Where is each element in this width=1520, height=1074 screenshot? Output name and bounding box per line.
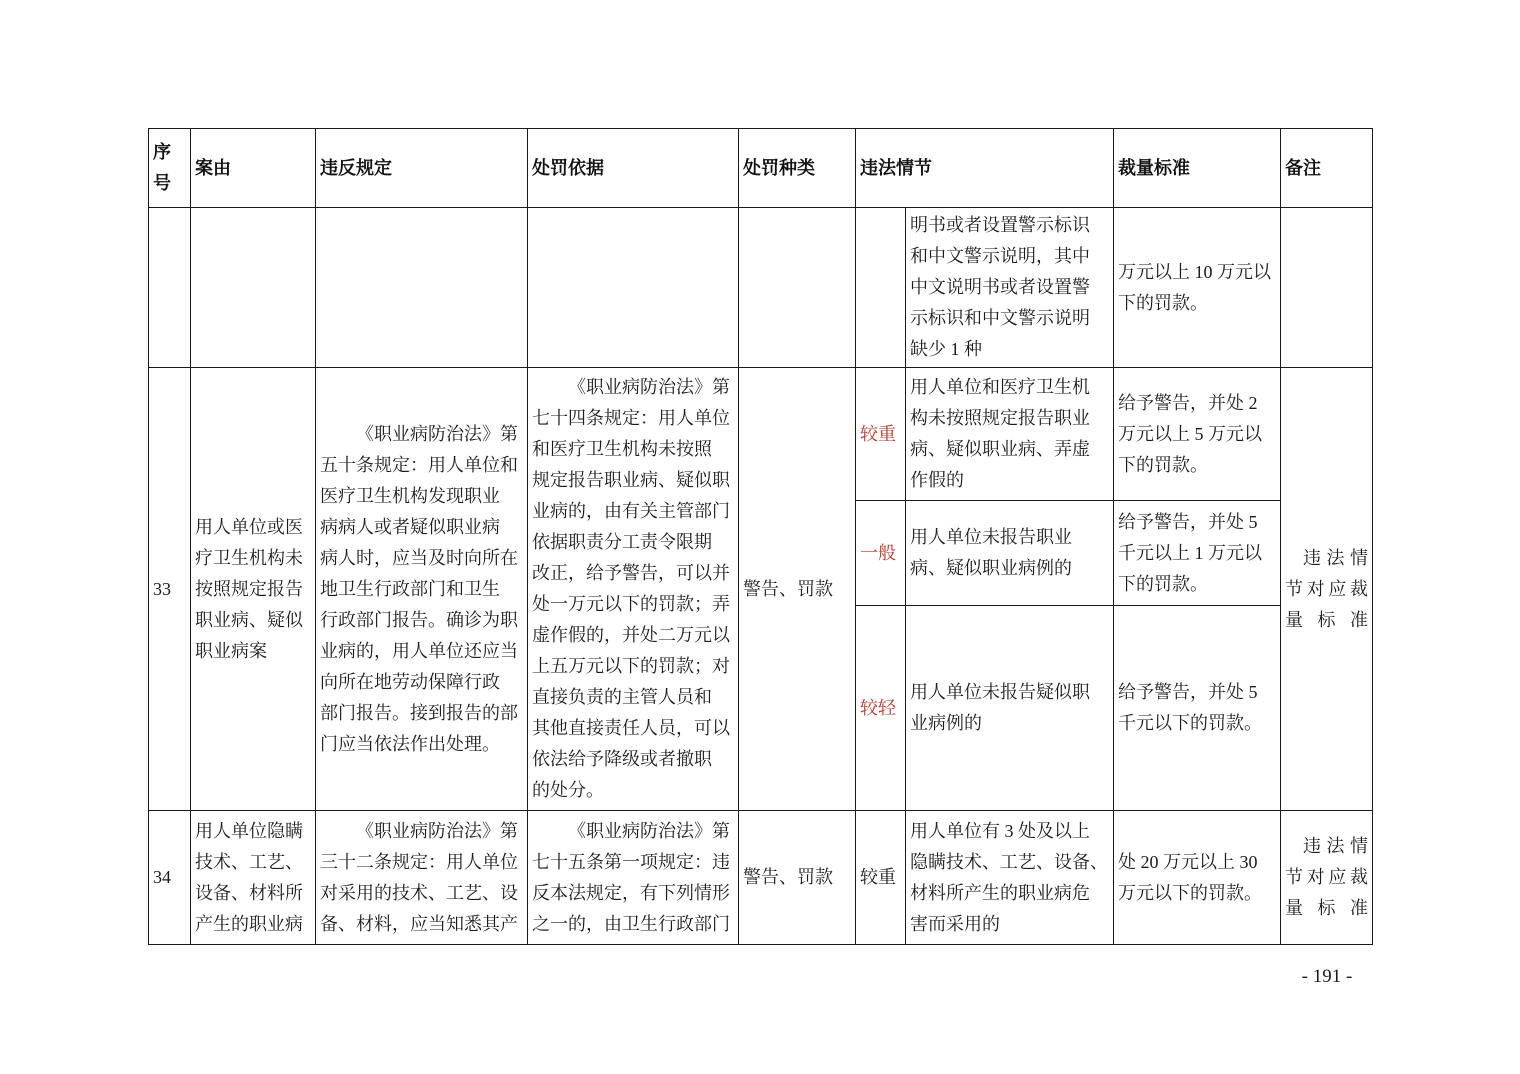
cell-row33-remark: 违法情 节对应裁 量标准 (1281, 368, 1373, 811)
table-header-row: 序 号 案由 违反规定 处罚依据 处罚种类 违法情节 裁量标准 备注 (149, 129, 1373, 208)
page-number: - 191 - (1272, 966, 1382, 988)
row-34: 34 用人单位隐瞒 技术、工艺、 设备、材料所 产生的职业病 《职业病防治法》第… (149, 811, 1373, 945)
col-header-standard: 裁量标准 (1114, 129, 1281, 208)
cell-row34-level-severe: 较重 (856, 811, 906, 945)
cell-row33-circumstance-severe: 用人单位和医疗卫生机 构未按照规定报告职业 病、疑似职业病、弄虚 作假的 (906, 368, 1114, 501)
cell-cont-standard: 万元以上 10 万元以 下的罚款。 (1114, 208, 1281, 368)
cell-row34-no: 34 (149, 811, 191, 945)
cell-row33-level-minor: 较轻 (856, 606, 906, 811)
cell-row33-cause: 用人单位或医 疗卫生机构未 按照规定报告 职业病、疑似 职业病案 (191, 368, 316, 811)
cell-cont-regulation-empty (316, 208, 528, 368)
cell-cont-remark-empty (1281, 208, 1373, 368)
cell-row33-standard-general: 给予警告，并处 5 千元以上 1 万元以 下的罚款。 (1114, 501, 1281, 606)
cell-row34-standard: 处 20 万元以上 30 万元以下的罚款。 (1114, 811, 1281, 945)
cell-row33-regulation: 《职业病防治法》第 五十条规定：用人单位和 医疗卫生机构发现职业 病病人或者疑似… (316, 368, 528, 811)
cell-cont-penalty-type-empty (739, 208, 856, 368)
cell-cont-basis-empty (528, 208, 739, 368)
continuation-row: 明书或者设置警示标识 和中文警示说明，其中 中文说明书或者设置警 示标识和中文警… (149, 208, 1373, 368)
cell-row34-penalty-type: 警告、罚款 (739, 811, 856, 945)
cell-row33-level-general: 一般 (856, 501, 906, 606)
col-header-remark: 备注 (1281, 129, 1373, 208)
col-header-regulation: 违反规定 (316, 129, 528, 208)
col-header-no: 序 号 (149, 129, 191, 208)
col-header-cause: 案由 (191, 129, 316, 208)
cell-row34-circumstance: 用人单位有 3 处及以上 隐瞒技术、工艺、设备、 材料所产生的职业病危 害而采用… (906, 811, 1114, 945)
cell-row33-circumstance-general: 用人单位未报告职业 病、疑似职业病例的 (906, 501, 1114, 606)
cell-row33-standard-minor: 给予警告，并处 5 千元以下的罚款。 (1114, 606, 1281, 811)
col-header-circumstance: 违法情节 (856, 129, 1114, 208)
cell-row33-circumstance-minor: 用人单位未报告疑似职 业病例的 (906, 606, 1114, 811)
cell-row33-penalty-type: 警告、罚款 (739, 368, 856, 811)
cell-cont-circumstance: 明书或者设置警示标识 和中文警示说明，其中 中文说明书或者设置警 示标识和中文警… (906, 208, 1114, 368)
cell-cont-level-empty (856, 208, 906, 368)
cell-row33-basis: 《职业病防治法》第 七十四条规定：用人单位 和医疗卫生机构未按照 规定报告职业病… (528, 368, 739, 811)
penalty-discretion-table: 序 号 案由 违反规定 处罚依据 处罚种类 违法情节 裁量标准 备注 明书或者设… (148, 128, 1373, 945)
col-header-basis: 处罚依据 (528, 129, 739, 208)
cell-cont-no-empty (149, 208, 191, 368)
cell-row34-basis: 《职业病防治法》第 七十五条第一项规定：违 反本法规定，有下列情形 之一的，由卫… (528, 811, 739, 945)
col-header-penalty-type: 处罚种类 (739, 129, 856, 208)
cell-row33-level-severe: 较重 (856, 368, 906, 501)
cell-row34-cause: 用人单位隐瞒 技术、工艺、 设备、材料所 产生的职业病 (191, 811, 316, 945)
document-page: 序 号 案由 违反规定 处罚依据 处罚种类 违法情节 裁量标准 备注 明书或者设… (0, 0, 1520, 1074)
cell-row33-no: 33 (149, 368, 191, 811)
cell-row34-remark: 违法情 节对应裁 量标准 (1281, 811, 1373, 945)
row-33-subrow-severe: 33 用人单位或医 疗卫生机构未 按照规定报告 职业病、疑似 职业病案 《职业病… (149, 368, 1373, 501)
cell-row34-regulation: 《职业病防治法》第 三十二条规定：用人单位 对采用的技术、工艺、设 备、材料，应… (316, 811, 528, 945)
cell-row33-standard-severe: 给予警告，并处 2 万元以上 5 万元以 下的罚款。 (1114, 368, 1281, 501)
cell-cont-cause-empty (191, 208, 316, 368)
